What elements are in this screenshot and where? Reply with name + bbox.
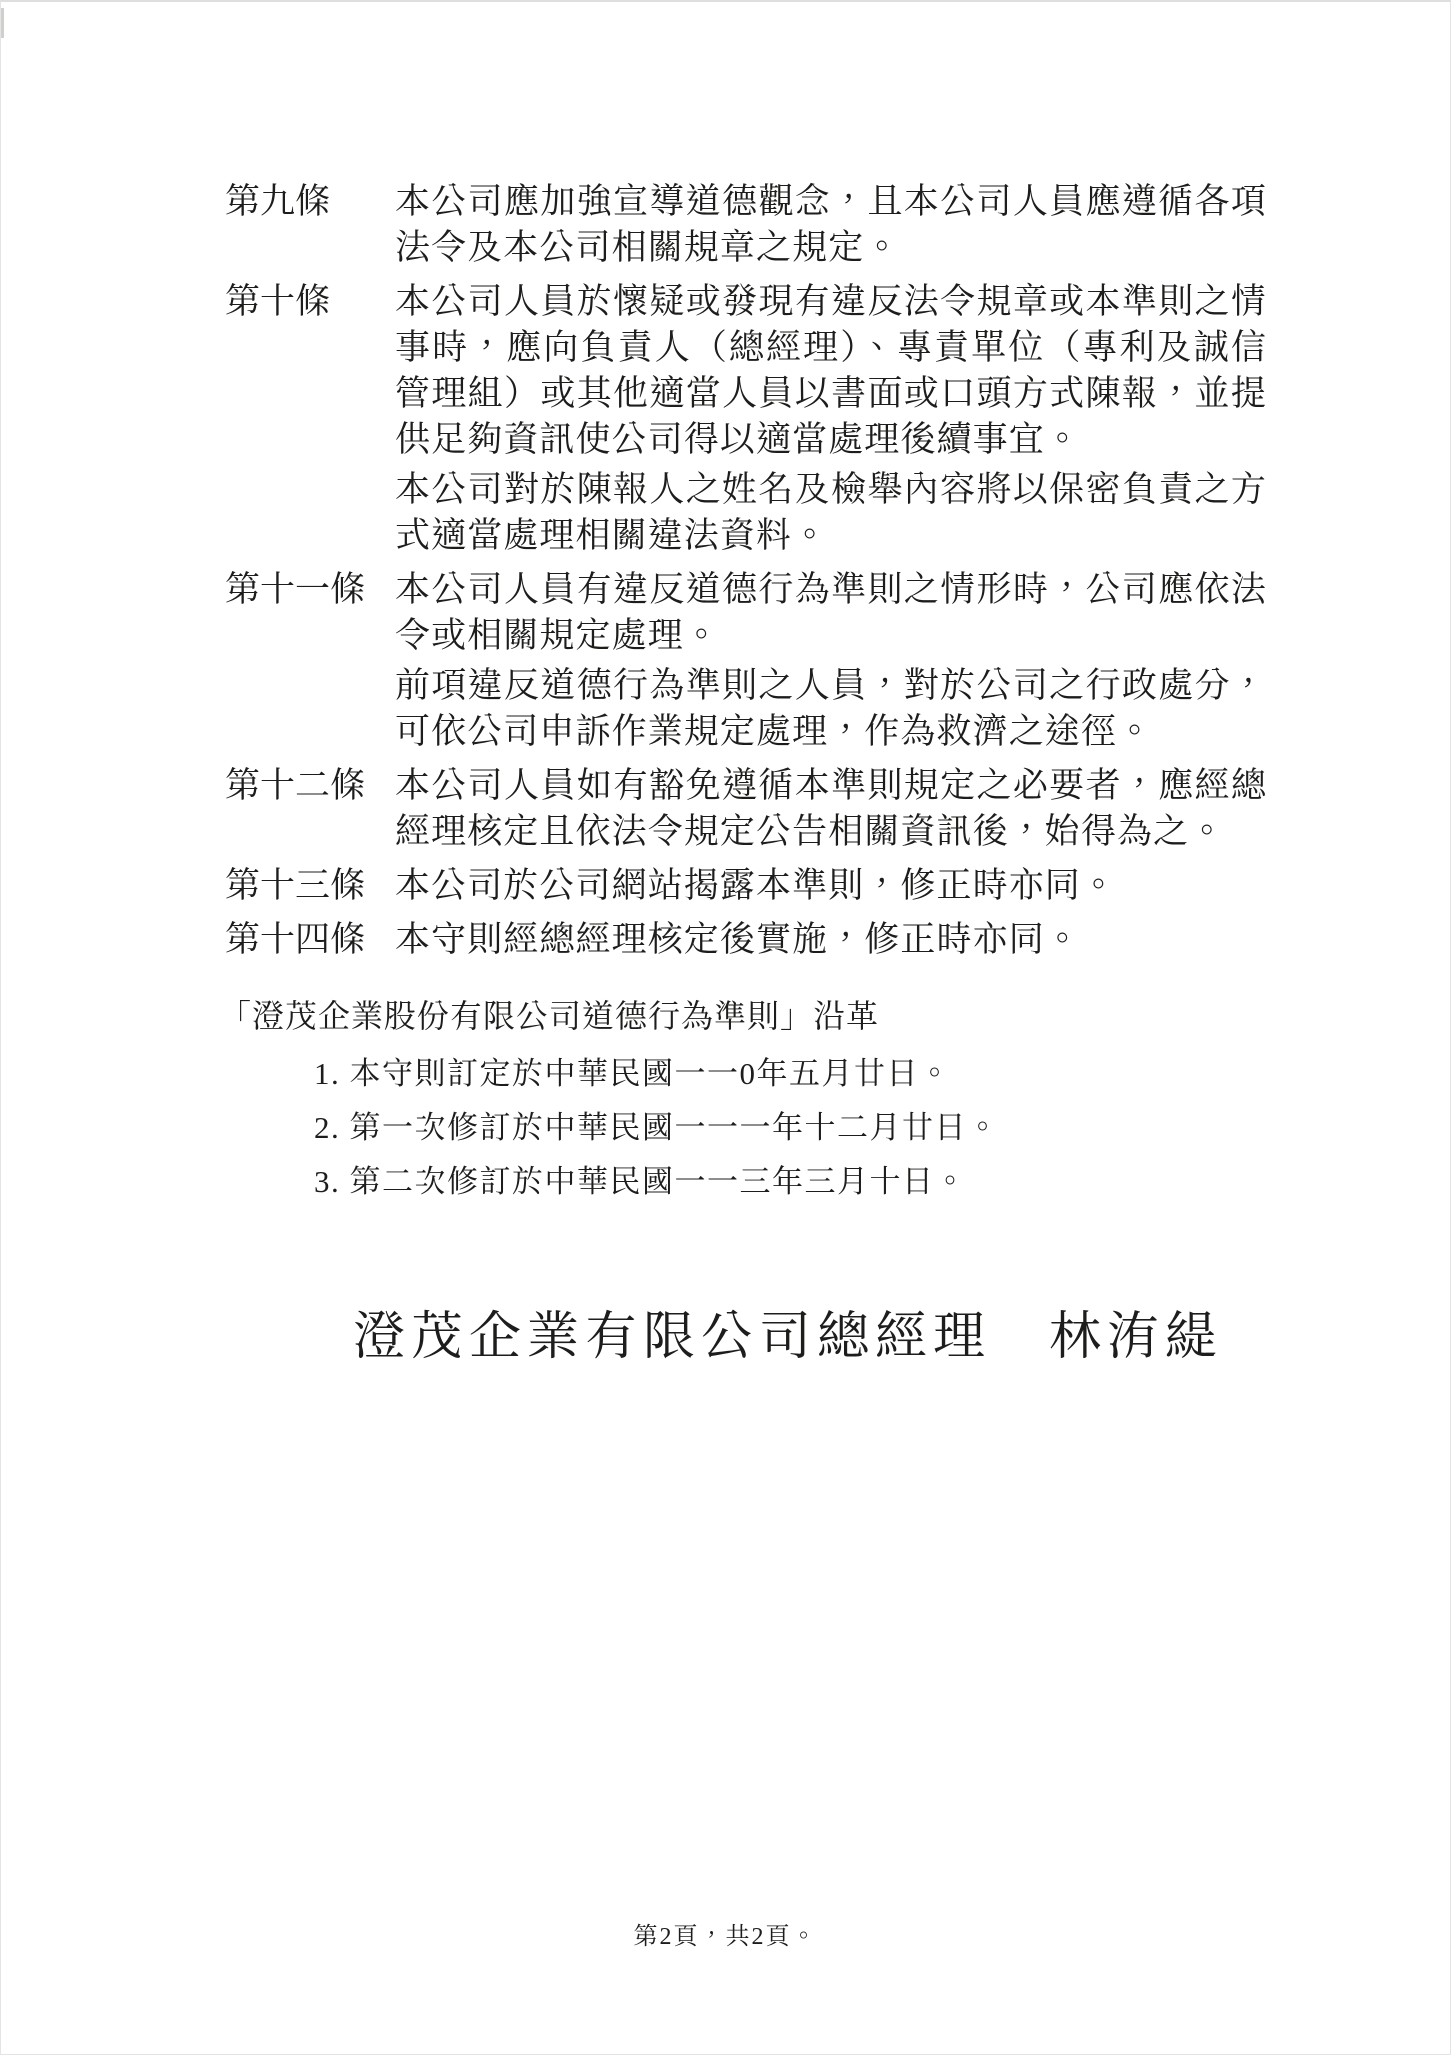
- article-9-body: 本公司應加強宣導道德觀念，且本公司人員應遵循各項法令及本公司相關規章之規定。: [395, 179, 1267, 271]
- revision-history-title: 「澄茂企業股份有限公司道德行為準則」沿革: [219, 993, 1270, 1039]
- article-10-body: 本公司人員於懷疑或發現有違反法令規章或本準則之情事時，應向負責人（總經理）、專責…: [395, 279, 1267, 559]
- article-11-label: 第十一條: [225, 567, 395, 613]
- article-14: 第十四條 本守則經總經理核定後實施，修正時亦同。: [225, 917, 1270, 963]
- article-11-paragraph-1: 本公司人員有違反道德行為準則之情形時，公司應依法令或相關規定處理。: [395, 567, 1267, 659]
- scan-edge-artifact: [1, 8, 4, 38]
- article-10: 第十條 本公司人員於懷疑或發現有違反法令規章或本準則之情事時，應向負責人（總經理…: [225, 279, 1270, 559]
- article-11-body: 本公司人員有違反道德行為準則之情形時，公司應依法令或相關規定處理。 前項違反道德…: [395, 567, 1267, 755]
- document-page: 第九條 本公司應加強宣導道德觀念，且本公司人員應遵循各項法令及本公司相關規章之規…: [0, 0, 1451, 2055]
- general-manager-signature: 澄茂企業有限公司總經理 林洧緹: [353, 1303, 1270, 1373]
- article-10-label: 第十條: [225, 279, 395, 325]
- revision-history-item-3: 3. 第二次修訂於中華民國一一三年三月十日。: [314, 1155, 1270, 1209]
- article-13: 第十三條 本公司於公司網站揭露本準則，修正時亦同。: [225, 863, 1270, 909]
- page-number-footer: 第2頁，共2頁。: [1, 1920, 1450, 1954]
- article-9-label: 第九條: [225, 179, 395, 225]
- article-12-label: 第十二條: [225, 763, 395, 809]
- article-10-paragraph-2: 本公司對於陳報人之姓名及檢舉內容將以保密負責之方式適當處理相關違法資料。: [395, 467, 1267, 559]
- article-14-label: 第十四條: [225, 917, 395, 963]
- article-11: 第十一條 本公司人員有違反道德行為準則之情形時，公司應依法令或相關規定處理。 前…: [225, 567, 1270, 755]
- revision-history-list: 1. 本守則訂定於中華民國一一0年五月廿日。 2. 第一次修訂於中華民國一一一年…: [225, 1047, 1270, 1209]
- article-14-paragraph: 本守則經總經理核定後實施，修正時亦同。: [395, 917, 1267, 963]
- article-13-paragraph: 本公司於公司網站揭露本準則，修正時亦同。: [395, 863, 1267, 909]
- article-12-body: 本公司人員如有豁免遵循本準則規定之必要者，應經總經理核定且依法令規定公告相關資訊…: [395, 763, 1267, 855]
- article-9-paragraph: 本公司應加強宣導道德觀念，且本公司人員應遵循各項法令及本公司相關規章之規定。: [395, 179, 1267, 271]
- article-10-paragraph-1: 本公司人員於懷疑或發現有違反法令規章或本準則之情事時，應向負責人（總經理）、專責…: [395, 279, 1267, 463]
- article-13-label: 第十三條: [225, 863, 395, 909]
- article-14-body: 本守則經總經理核定後實施，修正時亦同。: [395, 917, 1267, 963]
- revision-history-item-2: 2. 第一次修訂於中華民國一一一年十二月廿日。: [314, 1101, 1270, 1155]
- article-9: 第九條 本公司應加強宣導道德觀念，且本公司人員應遵循各項法令及本公司相關規章之規…: [225, 179, 1270, 271]
- article-11-paragraph-2: 前項違反道德行為準則之人員，對於公司之行政處分，可依公司申訴作業規定處理，作為救…: [395, 663, 1267, 755]
- article-12: 第十二條 本公司人員如有豁免遵循本準則規定之必要者，應經總經理核定且依法令規定公…: [225, 763, 1270, 855]
- document-body: 第九條 本公司應加強宣導道德觀念，且本公司人員應遵循各項法令及本公司相關規章之規…: [1, 2, 1450, 1373]
- revision-history-item-1: 1. 本守則訂定於中華民國一一0年五月廿日。: [314, 1047, 1270, 1101]
- revision-history: 「澄茂企業股份有限公司道德行為準則」沿革 1. 本守則訂定於中華民國一一0年五月…: [225, 993, 1270, 1209]
- article-13-body: 本公司於公司網站揭露本準則，修正時亦同。: [395, 863, 1267, 909]
- article-12-paragraph: 本公司人員如有豁免遵循本準則規定之必要者，應經總經理核定且依法令規定公告相關資訊…: [395, 763, 1267, 855]
